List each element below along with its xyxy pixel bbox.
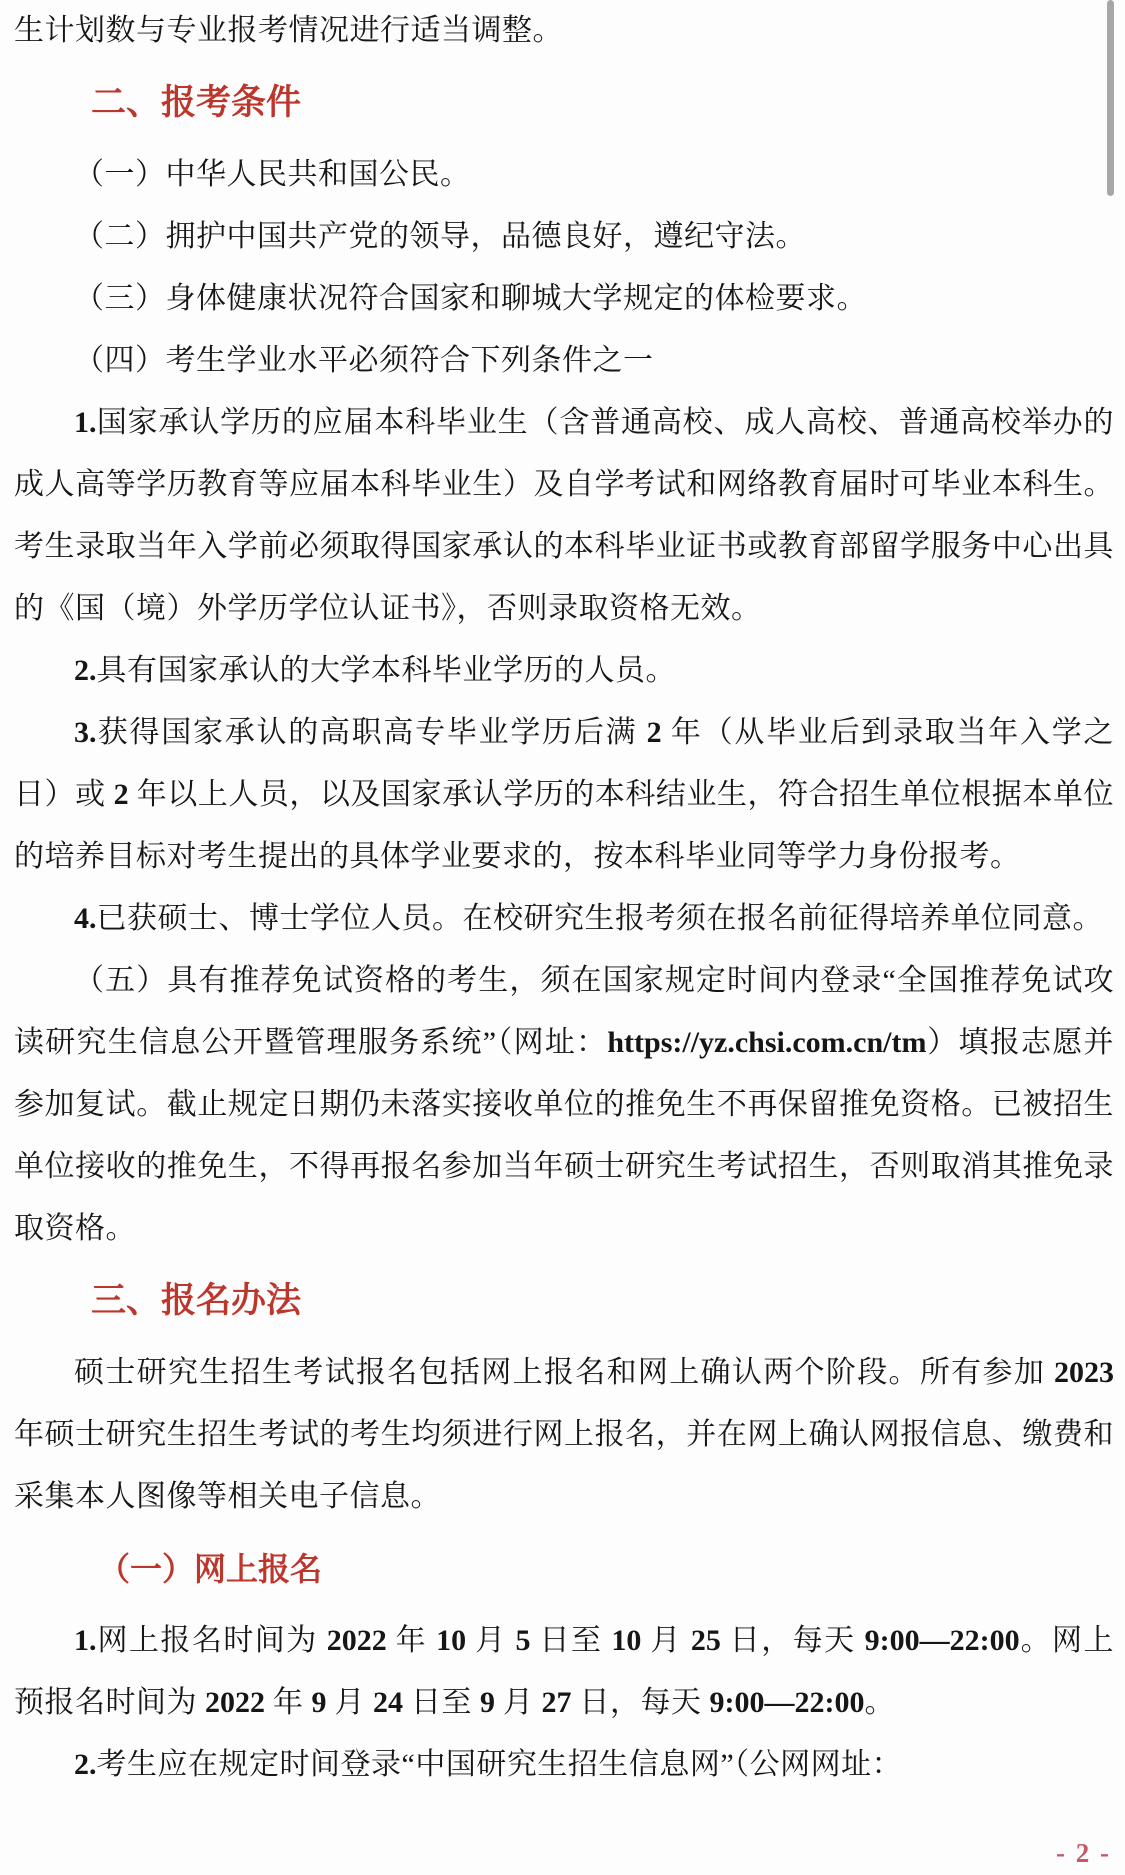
paragraph: （二）拥护中国共产党的领导，品德良好，遵纪守法。 [14, 206, 1114, 268]
paragraph: （三）身体健康状况符合国家和聊城大学规定的体检要求。 [14, 268, 1114, 330]
body-text: 硕士研究生招生考试报名包括网上报名和网上确认两个阶段。所有参加 [74, 1356, 1054, 1389]
emphasized-text: 25 [691, 1624, 721, 1657]
document-body: 生计划数与专业报考情况进行适当调整。二、报考条件（一）中华人民共和国公民。（二）… [14, 0, 1114, 1796]
body-text: 日，每天 [721, 1624, 865, 1657]
emphasized-text: 2023 [1054, 1356, 1114, 1389]
body-text: 具有国家承认的大学本科毕业学历的人员。 [97, 654, 677, 687]
paragraph: （四）考生学业水平必须符合下列条件之一 [14, 330, 1114, 392]
paragraph: 硕士研究生招生考试报名包括网上报名和网上确认两个阶段。所有参加 2023 年硕士… [14, 1342, 1114, 1528]
body-text: （一）中华人民共和国公民。 [74, 158, 471, 191]
emphasized-text: 9 [312, 1686, 327, 1719]
body-text: 已获硕士、博士学位人员。在校研究生报考须在报名前征得培养单位同意。 [97, 902, 1104, 935]
body-text: 年 [265, 1686, 312, 1719]
body-text: 日至 [403, 1686, 480, 1719]
emphasized-text: 2 [647, 716, 662, 749]
emphasized-text: https://yz.chsi.com.cn/tm [607, 1026, 926, 1059]
section-heading: 二、报考条件 [14, 72, 1114, 134]
paragraph: 1.网上报名时间为 2022 年 10 月 5 日至 10 月 25 日，每天 … [14, 1610, 1114, 1734]
body-text: 获得国家承认的高职高专毕业学历后满 [97, 716, 647, 749]
emphasized-text: 1. [74, 1624, 97, 1657]
body-text: 日至 [531, 1624, 612, 1657]
paragraph: 2.考生应在规定时间登录“中国研究生招生信息网”（公网网址： [14, 1734, 1114, 1796]
emphasized-text: 27 [542, 1686, 572, 1719]
body-text: 日，每天 [572, 1686, 710, 1719]
body-text: 年 [387, 1624, 436, 1657]
emphasized-text: 10 [436, 1624, 466, 1657]
emphasized-text: 9:00—22:00 [865, 1624, 1020, 1657]
body-text: 月 [327, 1686, 374, 1719]
paragraph: 2.具有国家承认的大学本科毕业学历的人员。 [14, 640, 1114, 702]
scrollbar-thumb[interactable] [1107, 0, 1114, 196]
emphasized-text: 2. [74, 654, 97, 687]
body-text: 国家承认学历的应届本科毕业生（含普通高校、成人高校、普通高校举办的成人高等学历教… [14, 406, 1114, 625]
paragraph: 生计划数与专业报考情况进行适当调整。 [14, 0, 1114, 62]
paragraph: （一）中华人民共和国公民。 [14, 144, 1114, 206]
emphasized-text: 4. [74, 902, 97, 935]
emphasized-text: 1. [74, 406, 97, 439]
emphasized-text: 24 [373, 1686, 403, 1719]
body-text: 。 [864, 1686, 895, 1719]
emphasized-text: 9:00—22:00 [710, 1686, 865, 1719]
body-text: 月 [495, 1686, 542, 1719]
emphasized-text: 3. [74, 716, 97, 749]
pdf-page: 生计划数与专业报考情况进行适当调整。二、报考条件（一）中华人民共和国公民。（二）… [0, 0, 1125, 1875]
emphasized-text: 2022 [205, 1686, 265, 1719]
body-text: 年以上人员，以及国家承认学历的本科结业生，符合招生单位根据本单位的培养目标对考生… [14, 778, 1114, 873]
emphasized-text: 10 [611, 1624, 641, 1657]
emphasized-text: 2022 [327, 1624, 387, 1657]
body-text: 年硕士研究生招生考试的考生均须进行网上报名，并在网上确认网报信息、缴费和采集本人… [14, 1418, 1114, 1513]
paragraph: 3.获得国家承认的高职高专毕业学历后满 2 年（从毕业后到录取当年入学之日）或 … [14, 702, 1114, 888]
body-text: 月 [466, 1624, 515, 1657]
body-text: （二）拥护中国共产党的领导，品德良好，遵纪守法。 [74, 220, 806, 253]
body-text: 月 [641, 1624, 690, 1657]
emphasized-text: 2 [114, 778, 129, 811]
body-text: 生计划数与专业报考情况进行适当调整。 [14, 14, 563, 47]
paragraph: 4.已获硕士、博士学位人员。在校研究生报考须在报名前征得培养单位同意。 [14, 888, 1114, 950]
body-text: （三）身体健康状况符合国家和聊城大学规定的体检要求。 [74, 282, 867, 315]
subsection-heading: （一）网上报名 [14, 1538, 1114, 1600]
emphasized-text: 9 [480, 1686, 495, 1719]
body-text: （四）考生学业水平必须符合下列条件之一 [74, 344, 654, 377]
page-number: - 2 - [1056, 1838, 1111, 1869]
paragraph: （五）具有推荐免试资格的考生，须在国家规定时间内登录“全国推荐免试攻读研究生信息… [14, 950, 1114, 1260]
body-text: 考生应在规定时间登录“中国研究生招生信息网”（公网网址： [97, 1748, 903, 1781]
section-heading: 三、报名办法 [14, 1270, 1114, 1332]
body-text: 网上报名时间为 [97, 1624, 327, 1657]
emphasized-text: 5 [516, 1624, 531, 1657]
emphasized-text: 2. [74, 1748, 97, 1781]
paragraph: 1.国家承认学历的应届本科毕业生（含普通高校、成人高校、普通高校举办的成人高等学… [14, 392, 1114, 640]
